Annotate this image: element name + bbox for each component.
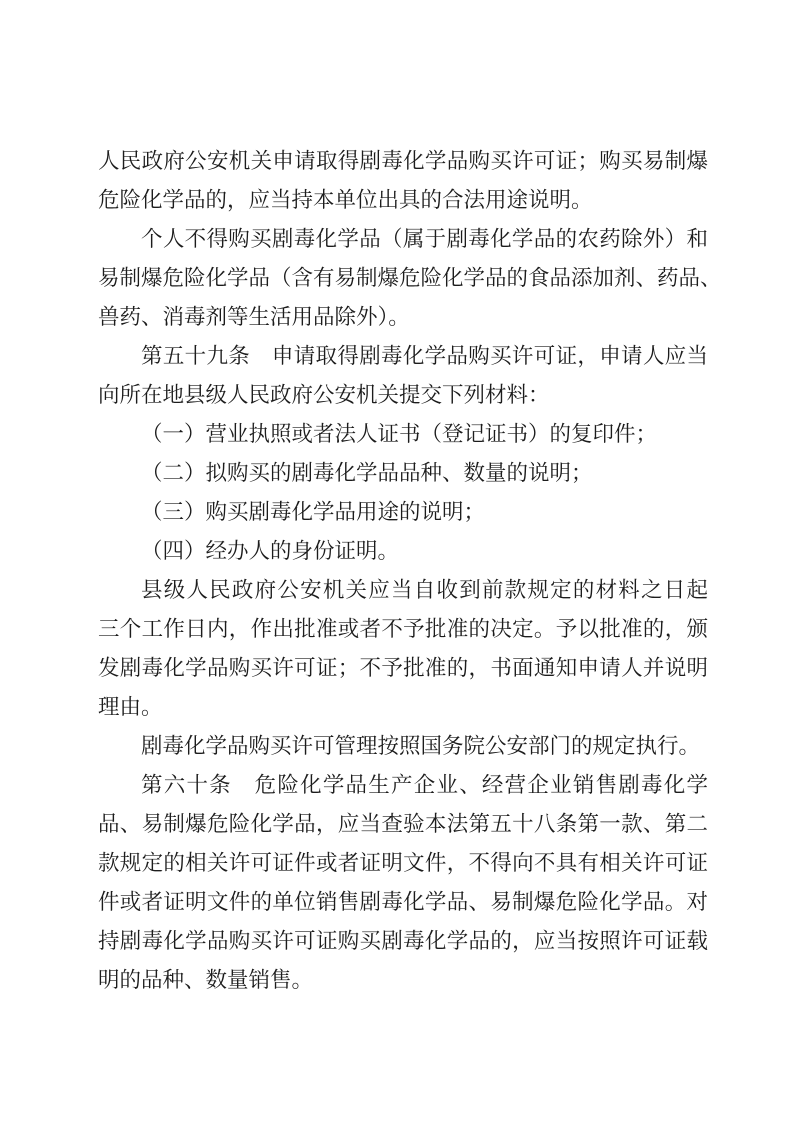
text-line: 兽药、消毒剂等生活用品除外）。 (98, 298, 708, 337)
text-line: 危险化学品的，应当持本单位出具的合法用途说明。 (98, 181, 708, 220)
text-line: 持剧毒化学品购买许可证购买剧毒化学品的，应当按照许可证载 (98, 922, 708, 961)
text-line: 明的品种、数量销售。 (98, 961, 708, 1000)
text-line: 县级人民政府公安机关应当自收到前款规定的材料之日起 (98, 571, 708, 610)
text-line: 向所在地县级人民政府公安机关提交下列材料： (98, 376, 708, 415)
document-page: 人民政府公安机关申请取得剧毒化学品购买许可证；购买易制爆危险化学品的，应当持本单… (0, 0, 793, 1122)
text-line: 第六十条 危险化学品生产企业、经营企业销售剧毒化学 (98, 766, 708, 805)
text-line: 品、易制爆危险化学品，应当查验本法第五十八条第一款、第二 (98, 805, 708, 844)
text-line: 理由。 (98, 688, 708, 727)
text-line: 个人不得购买剧毒化学品（属于剧毒化学品的农药除外）和 (98, 220, 708, 259)
text-line: 发剧毒化学品购买许可证；不予批准的，书面通知申请人并说明 (98, 649, 708, 688)
text-line: （三）购买剧毒化学品用途的说明； (98, 493, 708, 532)
text-line: （一）营业执照或者法人证书（登记证书）的复印件； (98, 415, 708, 454)
text-line: 款规定的相关许可证件或者证明文件，不得向不具有相关许可证 (98, 844, 708, 883)
text-line: 易制爆危险化学品（含有易制爆危险化学品的食品添加剂、药品、 (98, 259, 708, 298)
text-line: 第五十九条 申请取得剧毒化学品购买许可证，申请人应当 (98, 337, 708, 376)
text-line: 件或者证明文件的单位销售剧毒化学品、易制爆危险化学品。对 (98, 883, 708, 922)
text-line: （四）经办人的身份证明。 (98, 532, 708, 571)
text-line: 三个工作日内，作出批准或者不予批准的决定。予以批准的，颁 (98, 610, 708, 649)
text-line: 剧毒化学品购买许可管理按照国务院公安部门的规定执行。 (98, 727, 708, 766)
text-line: 人民政府公安机关申请取得剧毒化学品购买许可证；购买易制爆 (98, 142, 708, 181)
page-text: 人民政府公安机关申请取得剧毒化学品购买许可证；购买易制爆危险化学品的，应当持本单… (98, 142, 708, 1000)
text-line: （二）拟购买的剧毒化学品品种、数量的说明； (98, 454, 708, 493)
